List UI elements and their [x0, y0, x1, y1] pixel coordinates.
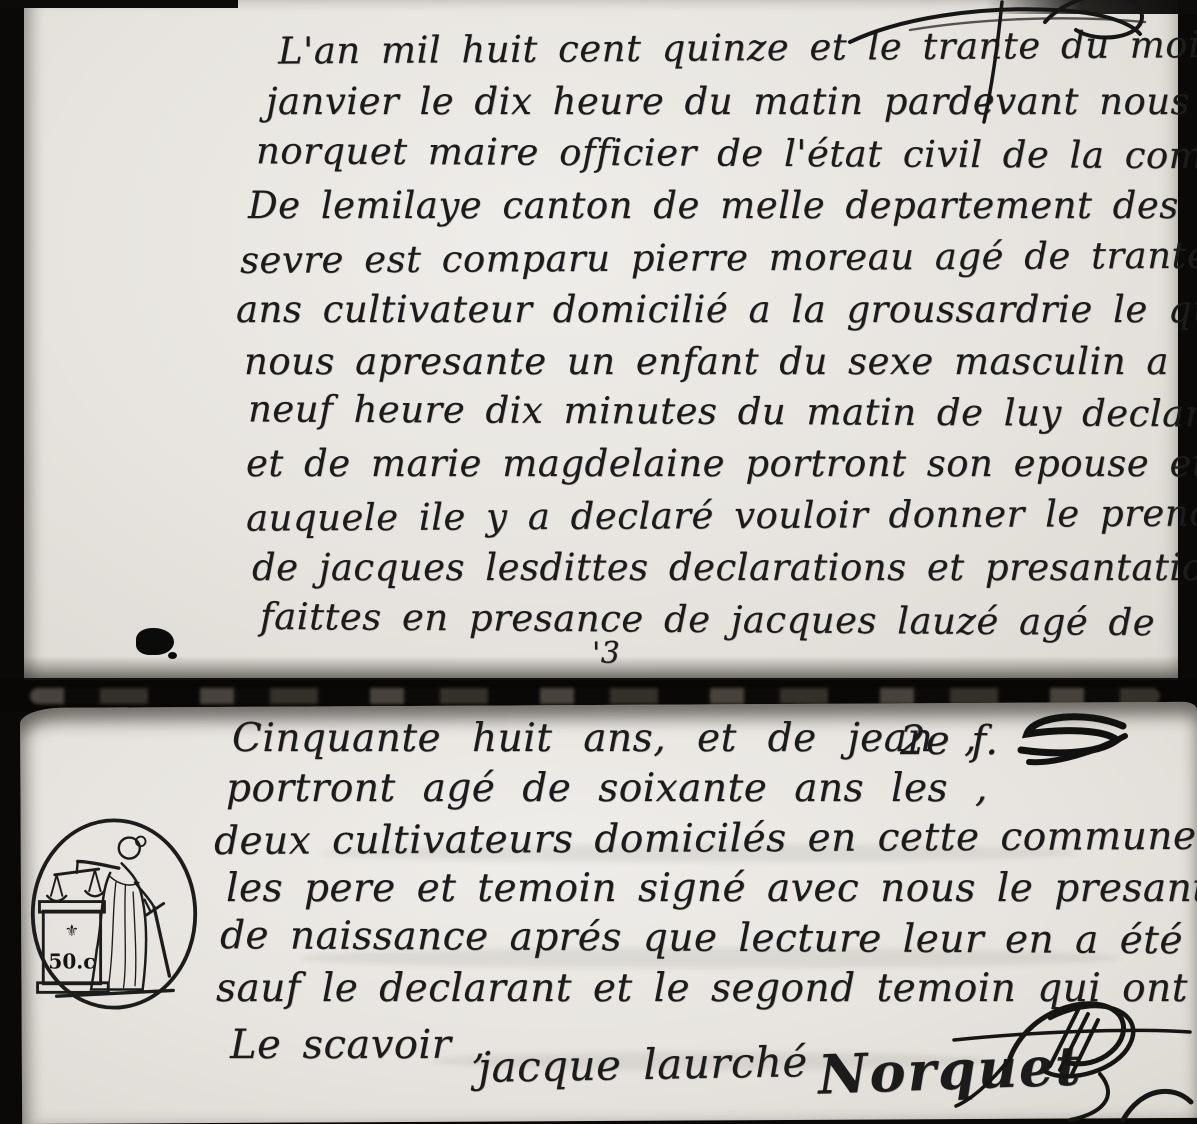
revenue-stamp: ⚜ 50.c — [28, 814, 200, 1014]
handwritten-line: norquet maire officier de l'état civil d… — [256, 129, 1197, 178]
handwritten-line: nous apresante un enfant du sexe masculi… — [244, 340, 1169, 383]
page-number-mark: '3 — [592, 636, 620, 671]
fold-texture — [30, 688, 1160, 704]
handwritten-line: neuf heure dix minutes du matin de luy d… — [248, 387, 1197, 435]
annotation-scribble — [1005, 712, 1145, 790]
handwritten-line: et de marie magdelaine portront son epou… — [246, 442, 1197, 485]
ink-blot — [168, 652, 177, 659]
scales-icon — [47, 861, 104, 901]
handwritten-line: faittes en presance de jacques lauzé agé… — [260, 595, 1155, 644]
handwritten-line: ans cultivateur domicilié a la groussard… — [236, 288, 1197, 331]
stamp-denomination: 50.c — [48, 949, 95, 973]
corner-pen-stroke — [1115, 1078, 1197, 1124]
handwritten-line: Cinquante huit ans, et de jean , — [232, 716, 977, 761]
opening-flourish — [840, 0, 1197, 125]
handwritten-line: sevre est comparu pierre moreau agé de t… — [240, 233, 1197, 282]
fleur-de-lis-icon: ⚜ — [65, 921, 80, 940]
handwritten-line: les pere et temoin signé avec nous le pr… — [226, 866, 1197, 911]
handwritten-line: deux cultivateurs domicilés en cette com… — [214, 813, 1197, 864]
sword-icon — [135, 882, 169, 976]
closing-phrase: Le scavoir , — [230, 1022, 486, 1068]
handwritten-line: De lemilaye canton de melle departement … — [248, 184, 1197, 227]
signature-witness: jacque laurché — [478, 1037, 809, 1092]
handwritten-line: de naissance aprés que lecture leur en a… — [220, 913, 1197, 964]
document-scan: { "colors": { "paper": "#e7e4df", "ink":… — [0, 0, 1197, 1124]
ink-blot — [136, 628, 174, 655]
scan-edge-strip — [0, 0, 238, 8]
handwritten-line: auquele ile y a declaré vouloir donner l… — [246, 491, 1197, 539]
margin-note: 2e f. — [900, 718, 998, 764]
scan-background: L'an mil huit cent quinze et le trante d… — [0, 0, 1197, 1124]
handwritten-line: portront agé de soixante ans les , — [226, 766, 988, 811]
handwritten-line: de jacques lesdittes declarations et pre… — [252, 546, 1197, 589]
